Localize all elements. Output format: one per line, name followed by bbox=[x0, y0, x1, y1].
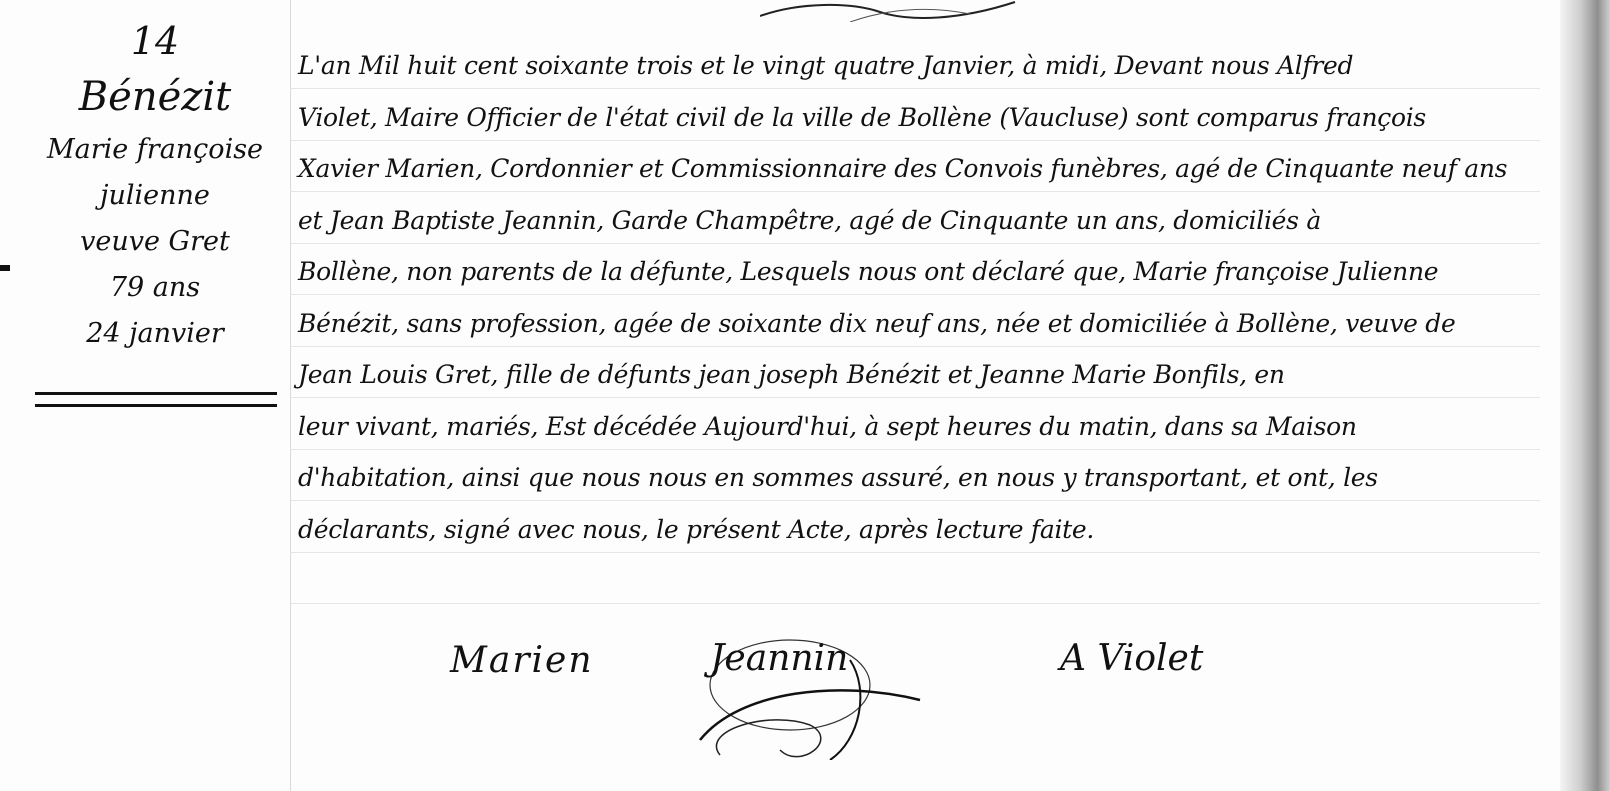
body-line: leur vivant, mariés, Est décédée Aujourd… bbox=[298, 401, 1498, 453]
pen-flourish-top bbox=[760, 0, 1020, 22]
margin-double-rule bbox=[35, 392, 277, 407]
register-page: 14 Bénézit Marie françoise julienne veuv… bbox=[0, 0, 1560, 791]
body-line: Bollène, non parents de la défunte, Lesq… bbox=[298, 246, 1498, 298]
act-body: L'an Mil huit cent soixante trois et le … bbox=[298, 40, 1498, 555]
margin-rule bbox=[290, 0, 291, 791]
body-line: Bénézit, sans profession, agée de soixan… bbox=[298, 298, 1498, 350]
signatures-block: Marien Jeannin A Violet bbox=[450, 630, 1550, 750]
margin-tick-mark bbox=[0, 265, 10, 271]
signature-mayor: A Violet bbox=[1060, 638, 1203, 679]
deceased-given-names-cont: julienne bbox=[30, 173, 280, 219]
body-line: Violet, Maire Officier de l'état civil d… bbox=[298, 92, 1498, 144]
body-line: déclarants, signé avec nous, le présent … bbox=[298, 504, 1498, 556]
death-date: 24 janvier bbox=[30, 311, 280, 357]
ruled-line bbox=[290, 603, 1540, 604]
book-binding-edge bbox=[1560, 0, 1610, 791]
body-line: L'an Mil huit cent soixante trois et le … bbox=[298, 40, 1498, 92]
deceased-age: 79 ans bbox=[30, 265, 280, 311]
body-line: d'habitation, ainsi que nous nous en som… bbox=[298, 452, 1498, 504]
deceased-surname: Bénézit bbox=[30, 67, 280, 127]
body-line: et Jean Baptiste Jeannin, Garde Champêtr… bbox=[298, 195, 1498, 247]
body-line: Xavier Marien, Cordonnier et Commissionn… bbox=[298, 143, 1498, 195]
signature-declarant-1: Marien bbox=[450, 640, 594, 681]
signature-declarant-2: Jeannin bbox=[710, 638, 848, 679]
deceased-given-names: Marie françoise bbox=[30, 127, 280, 173]
body-line: Jean Louis Gret, fille de défunts jean j… bbox=[298, 349, 1498, 401]
act-number: 14 bbox=[30, 15, 280, 67]
margin-annotation: 14 Bénézit Marie françoise julienne veuv… bbox=[30, 15, 280, 357]
marital-status: veuve Gret bbox=[30, 219, 280, 265]
